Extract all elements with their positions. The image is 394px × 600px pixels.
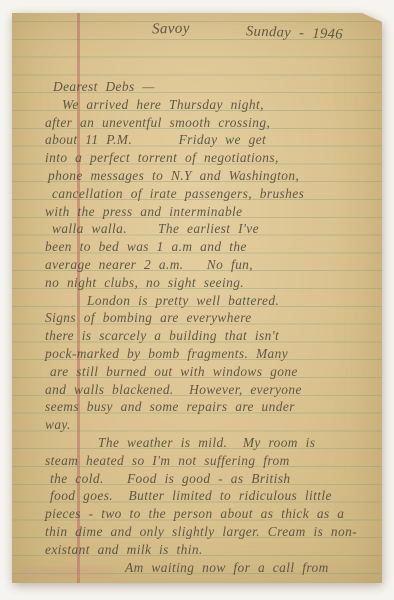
- handwriting-line: into a perfect torrent of negotiations,: [45, 149, 377, 167]
- handwriting-line: with the press and interminable: [45, 203, 377, 221]
- handwriting-line: steam heated so I'm not suffering from: [45, 452, 377, 470]
- handwriting-line: average nearer 2 a.m. No fun,: [45, 256, 377, 274]
- handwriting-line: walla walla. The earliest I've: [45, 220, 377, 238]
- handwriting-line: seems busy and some repairs are under: [45, 398, 377, 416]
- faint-stamp: [20, 567, 112, 578]
- handwriting-line: Signs of bombing are everywhere: [45, 309, 377, 327]
- handwriting-line: after an uneventful smooth crossing,: [45, 114, 377, 132]
- handwriting-line: phone messages to N.Y and Washington,: [45, 167, 377, 185]
- handwriting-line: London is pretty well battered.: [45, 292, 377, 310]
- handwriting-line: about 11 P.M. Friday we get: [45, 131, 377, 149]
- letter-body: Dearest Debs — We arrived here Thursday …: [45, 78, 377, 576]
- handwriting-line: pieces - two to the person about as thic…: [45, 505, 377, 523]
- handwriting-line: food goes. Butter limited to ridiculous …: [45, 487, 377, 505]
- handwriting-line: We arrived here Thursday night,: [45, 96, 377, 114]
- date-heading: Sunday - 1946: [246, 23, 344, 43]
- handwriting-line: cancellation of irate passengers, brushe…: [45, 185, 377, 203]
- letter-paper-wrap: Savoy Sunday - 1946 Dearest Debs — We ar…: [12, 13, 382, 583]
- handwriting-line: existant and milk is thin.: [45, 541, 377, 559]
- handwriting-line: been to bed was 1 a.m and the: [45, 238, 377, 256]
- handwriting-line: thin dime and only slightly larger. Crea…: [45, 523, 377, 541]
- handwriting-line: way.: [45, 416, 377, 434]
- handwriting-line: no night clubs, no sight seeing.: [45, 274, 377, 292]
- place-heading: Savoy: [152, 21, 190, 39]
- page-background: Savoy Sunday - 1946 Dearest Debs — We ar…: [0, 0, 394, 600]
- handwriting-line: the cold. Food is good - as British: [45, 470, 377, 488]
- salutation: Dearest Debs —: [45, 78, 377, 96]
- letter-paper: Savoy Sunday - 1946 Dearest Debs — We ar…: [12, 13, 382, 583]
- handwriting-line: there is scarcely a building that isn't: [45, 327, 377, 345]
- handwriting-line: and walls blackened. However, everyone: [45, 381, 377, 399]
- handwriting-line: are still burned out with windows gone: [45, 363, 377, 381]
- handwriting-line: pock-marked by bomb fragments. Many: [45, 345, 377, 363]
- handwriting-line: The weather is mild. My room is: [45, 434, 377, 452]
